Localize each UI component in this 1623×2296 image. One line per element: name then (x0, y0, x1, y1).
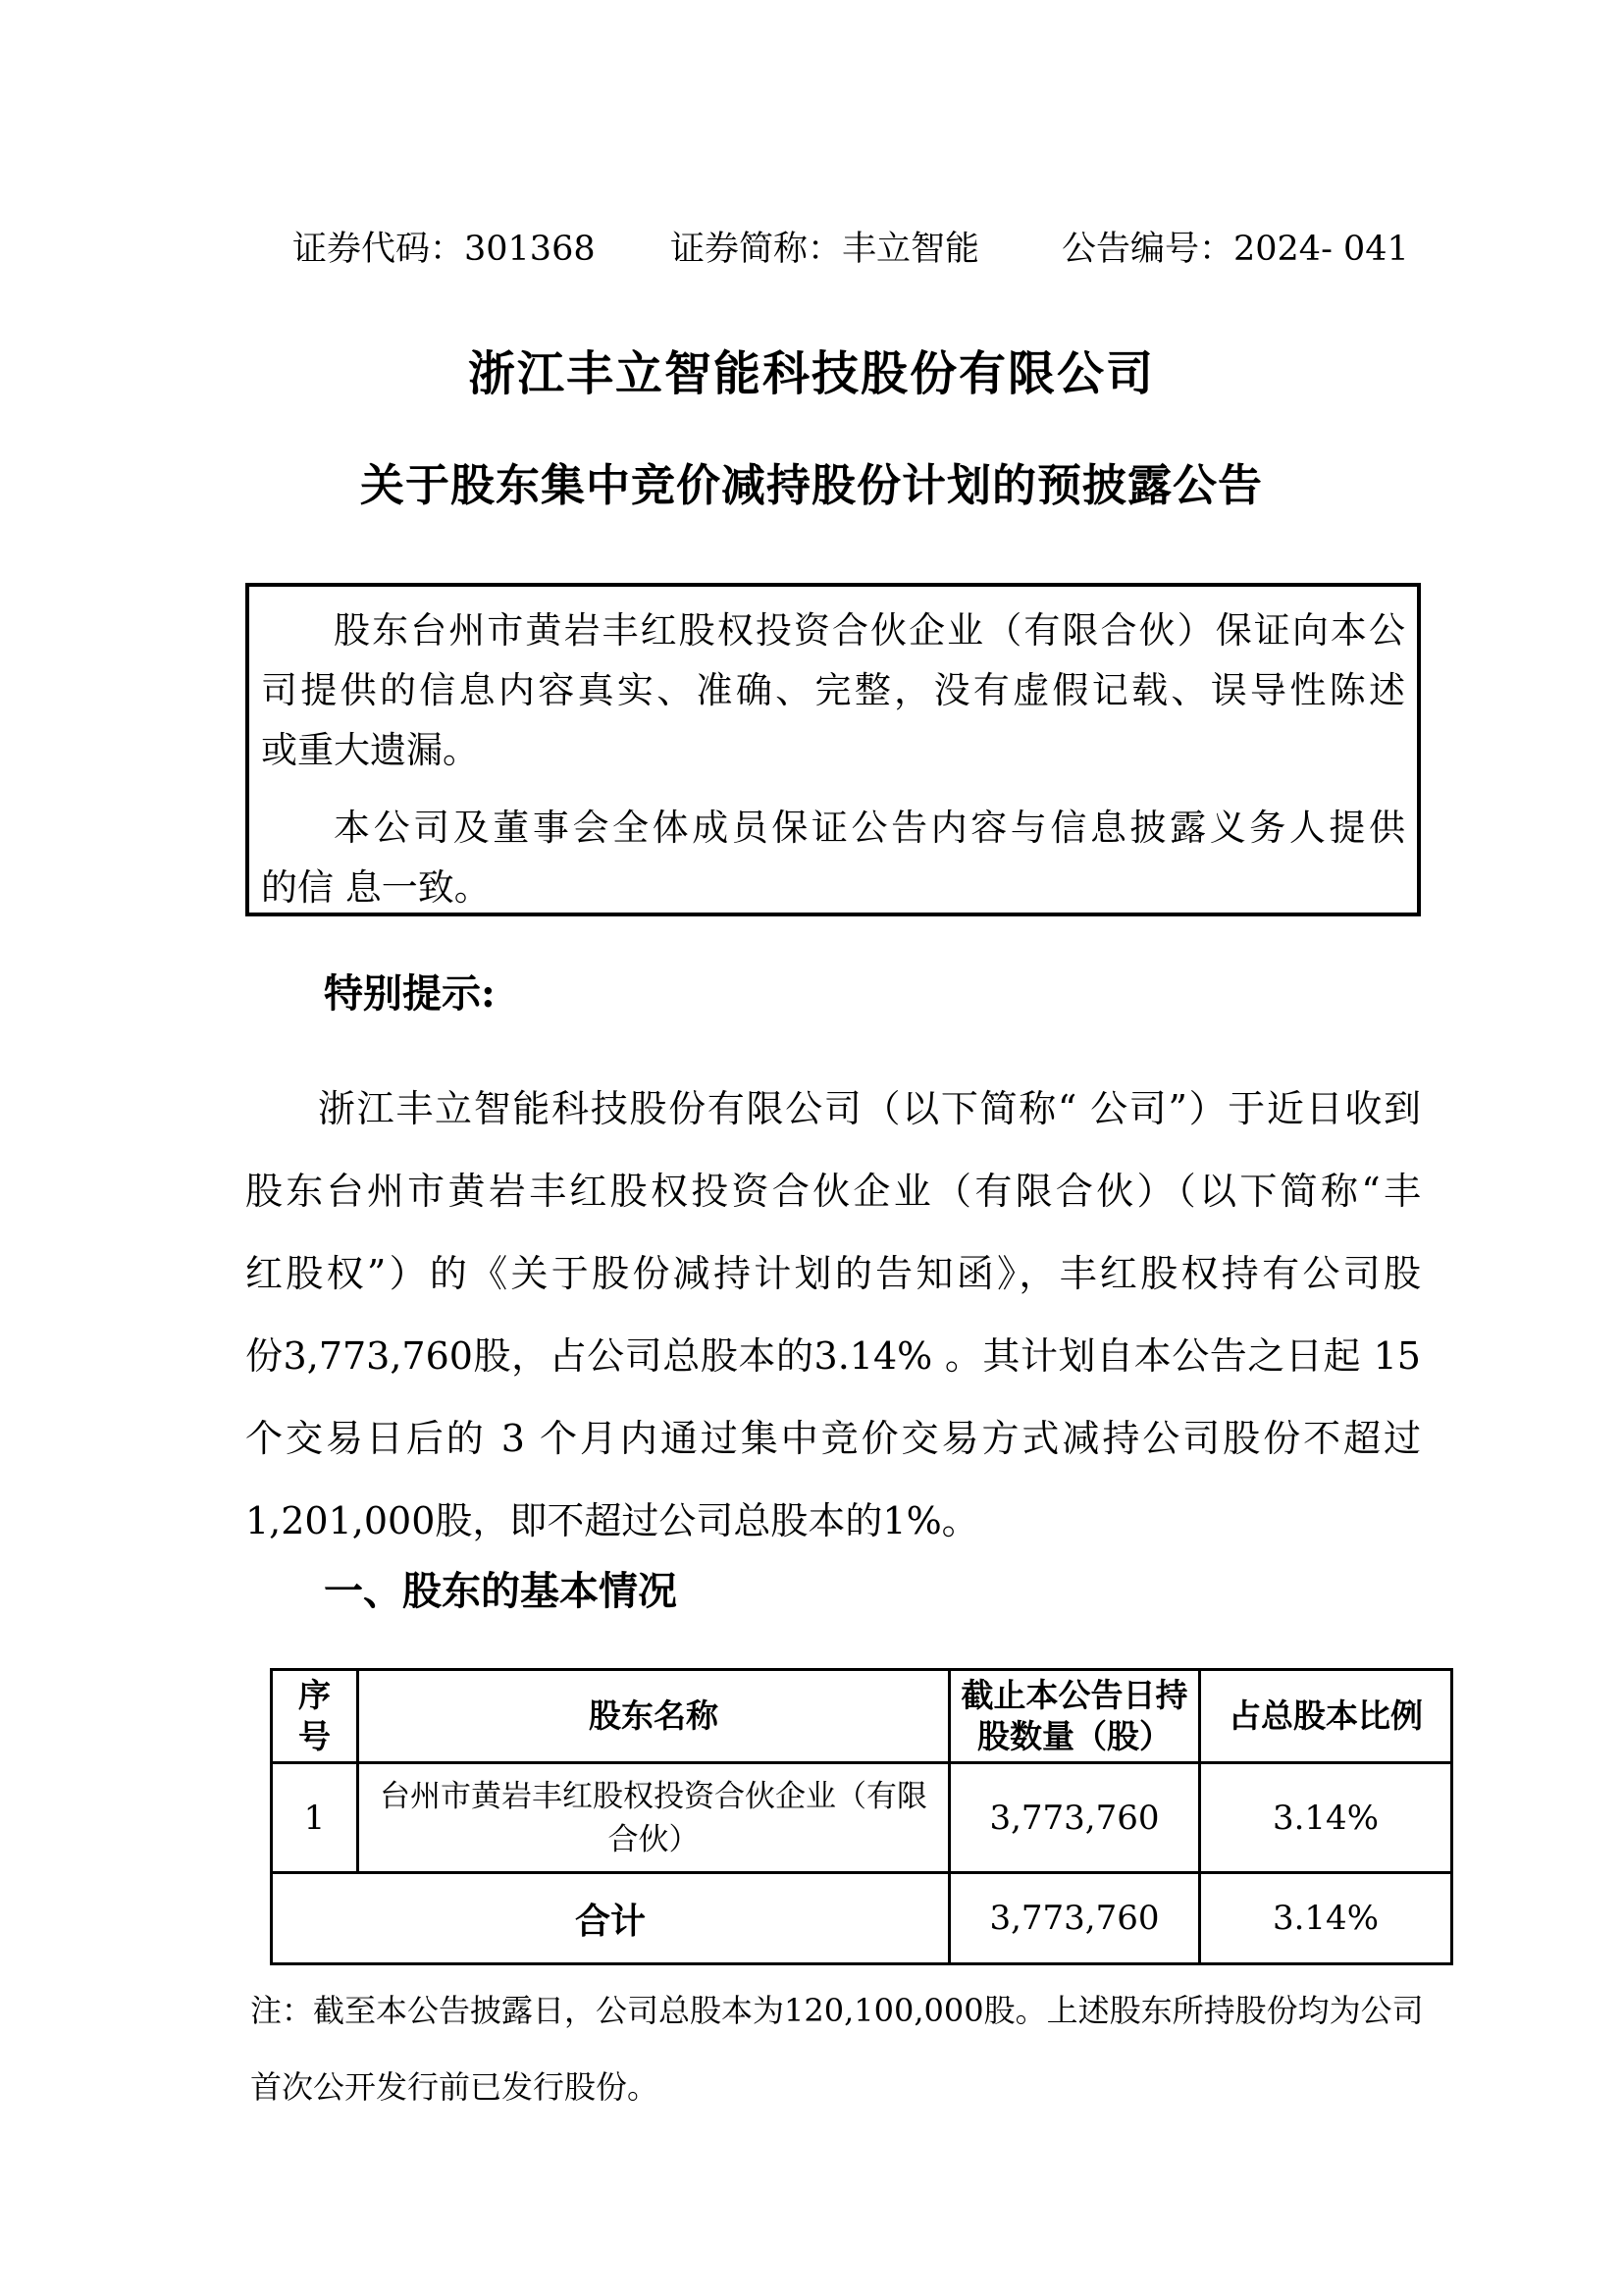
cell-shareholder-name: 台州市黄岩丰红股权投资合伙企业（有限 合伙） (358, 1763, 950, 1873)
section-heading: 一、股东的基本情况 (324, 1560, 677, 1616)
body-line: 1,201,000股，即不超过公司总股本的1%。 (245, 1480, 1421, 1562)
cell-total-ratio: 3.14% (1200, 1873, 1452, 1964)
stock-code: 证券代码：301368 (292, 222, 596, 271)
cell-total-label: 合计 (272, 1873, 950, 1964)
body-line: 个交易日后的 3 个月内通过集中竞价交易方式减持公司股份不超过 (245, 1397, 1421, 1480)
shareholder-table: 序 号 股东名称 截止本公告日持 股数量（股） 占总股本比例 1 台州市黄岩丰红… (270, 1668, 1453, 1965)
body-line: 浙江丰立智能科技股份有限公司（以下简称“ 公司”）于近日收到 (245, 1068, 1421, 1150)
body-line: 红股权”）的《关于股份减持计划的告知函》，丰红股权持有公司股 (245, 1232, 1421, 1315)
body-line: 份3,773,760股，占公司总股本的3.14% 。其计划自本公告之日起 15 (245, 1315, 1421, 1397)
cell-index: 1 (272, 1763, 358, 1873)
stock-short-name: 证券简称：丰立智能 (670, 222, 979, 271)
special-note-heading: 特别提示: (324, 963, 496, 1018)
table-total-row: 合计 3,773,760 3.14% (272, 1873, 1452, 1964)
guarantee-notice-box: 股东台州市黄岩丰红股权投资合伙企业（有限合伙）保证向本公 司提供的信息内容真实、… (245, 583, 1421, 916)
cell-total-shares: 3,773,760 (950, 1873, 1200, 1964)
footnote-line: 注：截至本公告披露日，公司总股本为120,100,000股。上述股东所持股份均为… (250, 1972, 1438, 2049)
notice-p1-line1: 股东台州市黄岩丰红股权投资合伙企业（有限合伙）保证向本公 (261, 600, 1405, 660)
footnote-line: 首次公开发行前已发行股份。 (250, 2049, 1438, 2125)
body-paragraph: 浙江丰立智能科技股份有限公司（以下简称“ 公司”）于近日收到 股东台州市黄岩丰红… (245, 1068, 1421, 1562)
announcement-title: 关于股东集中竞价减持股份计划的预披露公告 (0, 449, 1623, 513)
col-header-index: 序 号 (272, 1670, 358, 1763)
announcement-page: 证券代码：301368 证券简称：丰立智能 公告编号：2024- 041 浙江丰… (0, 0, 1623, 2296)
table-footnote: 注：截至本公告披露日，公司总股本为120,100,000股。上述股东所持股份均为… (250, 1972, 1438, 2125)
table-row: 1 台州市黄岩丰红股权投资合伙企业（有限 合伙） 3,773,760 3.14% (272, 1763, 1452, 1873)
notice-p2-line1: 本公司及董事会全体成员保证公告内容与信息披露义务人提供 (261, 798, 1405, 858)
table-header-row: 序 号 股东名称 截止本公告日持 股数量（股） 占总股本比例 (272, 1670, 1452, 1763)
cell-ratio: 3.14% (1200, 1763, 1452, 1873)
notice-p2-line2: 的信 息一致。 (261, 858, 1405, 917)
announcement-number: 公告编号：2024- 041 (1062, 222, 1409, 271)
cell-shares-held: 3,773,760 (950, 1763, 1200, 1873)
notice-p1-line3: 或重大遗漏。 (261, 720, 1405, 780)
col-header-shares-held: 截止本公告日持 股数量（股） (950, 1670, 1200, 1763)
notice-p1-line2: 司提供的信息内容真实、准确、完整，没有虚假记载、误导性陈述 (261, 660, 1405, 720)
col-header-shareholder-name: 股东名称 (358, 1670, 950, 1763)
body-line: 股东台州市黄岩丰红股权投资合伙企业（有限合伙）（以下简称“丰 (245, 1150, 1421, 1232)
col-header-ratio: 占总股本比例 (1200, 1670, 1452, 1763)
company-title: 浙江丰立智能科技股份有限公司 (0, 336, 1623, 403)
